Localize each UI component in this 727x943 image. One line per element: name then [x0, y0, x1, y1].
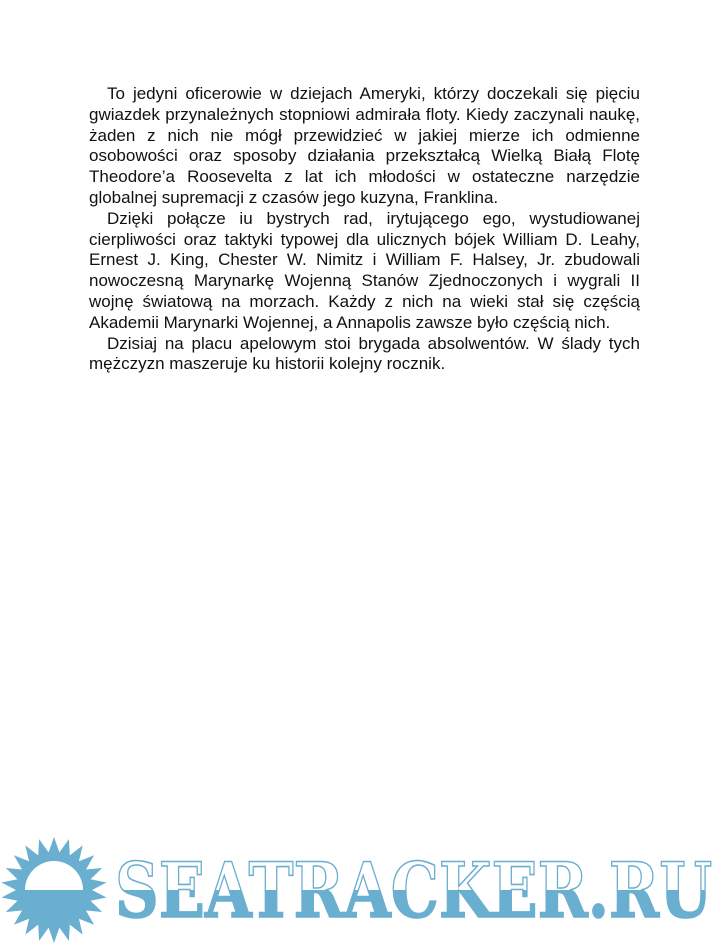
- document-body: To jedyni oficerowie w dziejach Ameryki,…: [89, 84, 640, 375]
- paragraph-1: To jedyni oficerowie w dziejach Ameryki,…: [89, 84, 640, 209]
- watermark-logo: SEATRACKER.RU SEATRACKER.RU: [0, 836, 727, 943]
- watermark-text: SEATRACKER.RU SEATRACKER.RU: [115, 846, 712, 935]
- paragraph-2: Dzięki połącze iu bystrych rad, irytując…: [89, 209, 640, 334]
- paragraph-3: Dzisiaj na placu apelowym stoi brygada a…: [89, 334, 640, 376]
- sun-icon: [2, 837, 107, 943]
